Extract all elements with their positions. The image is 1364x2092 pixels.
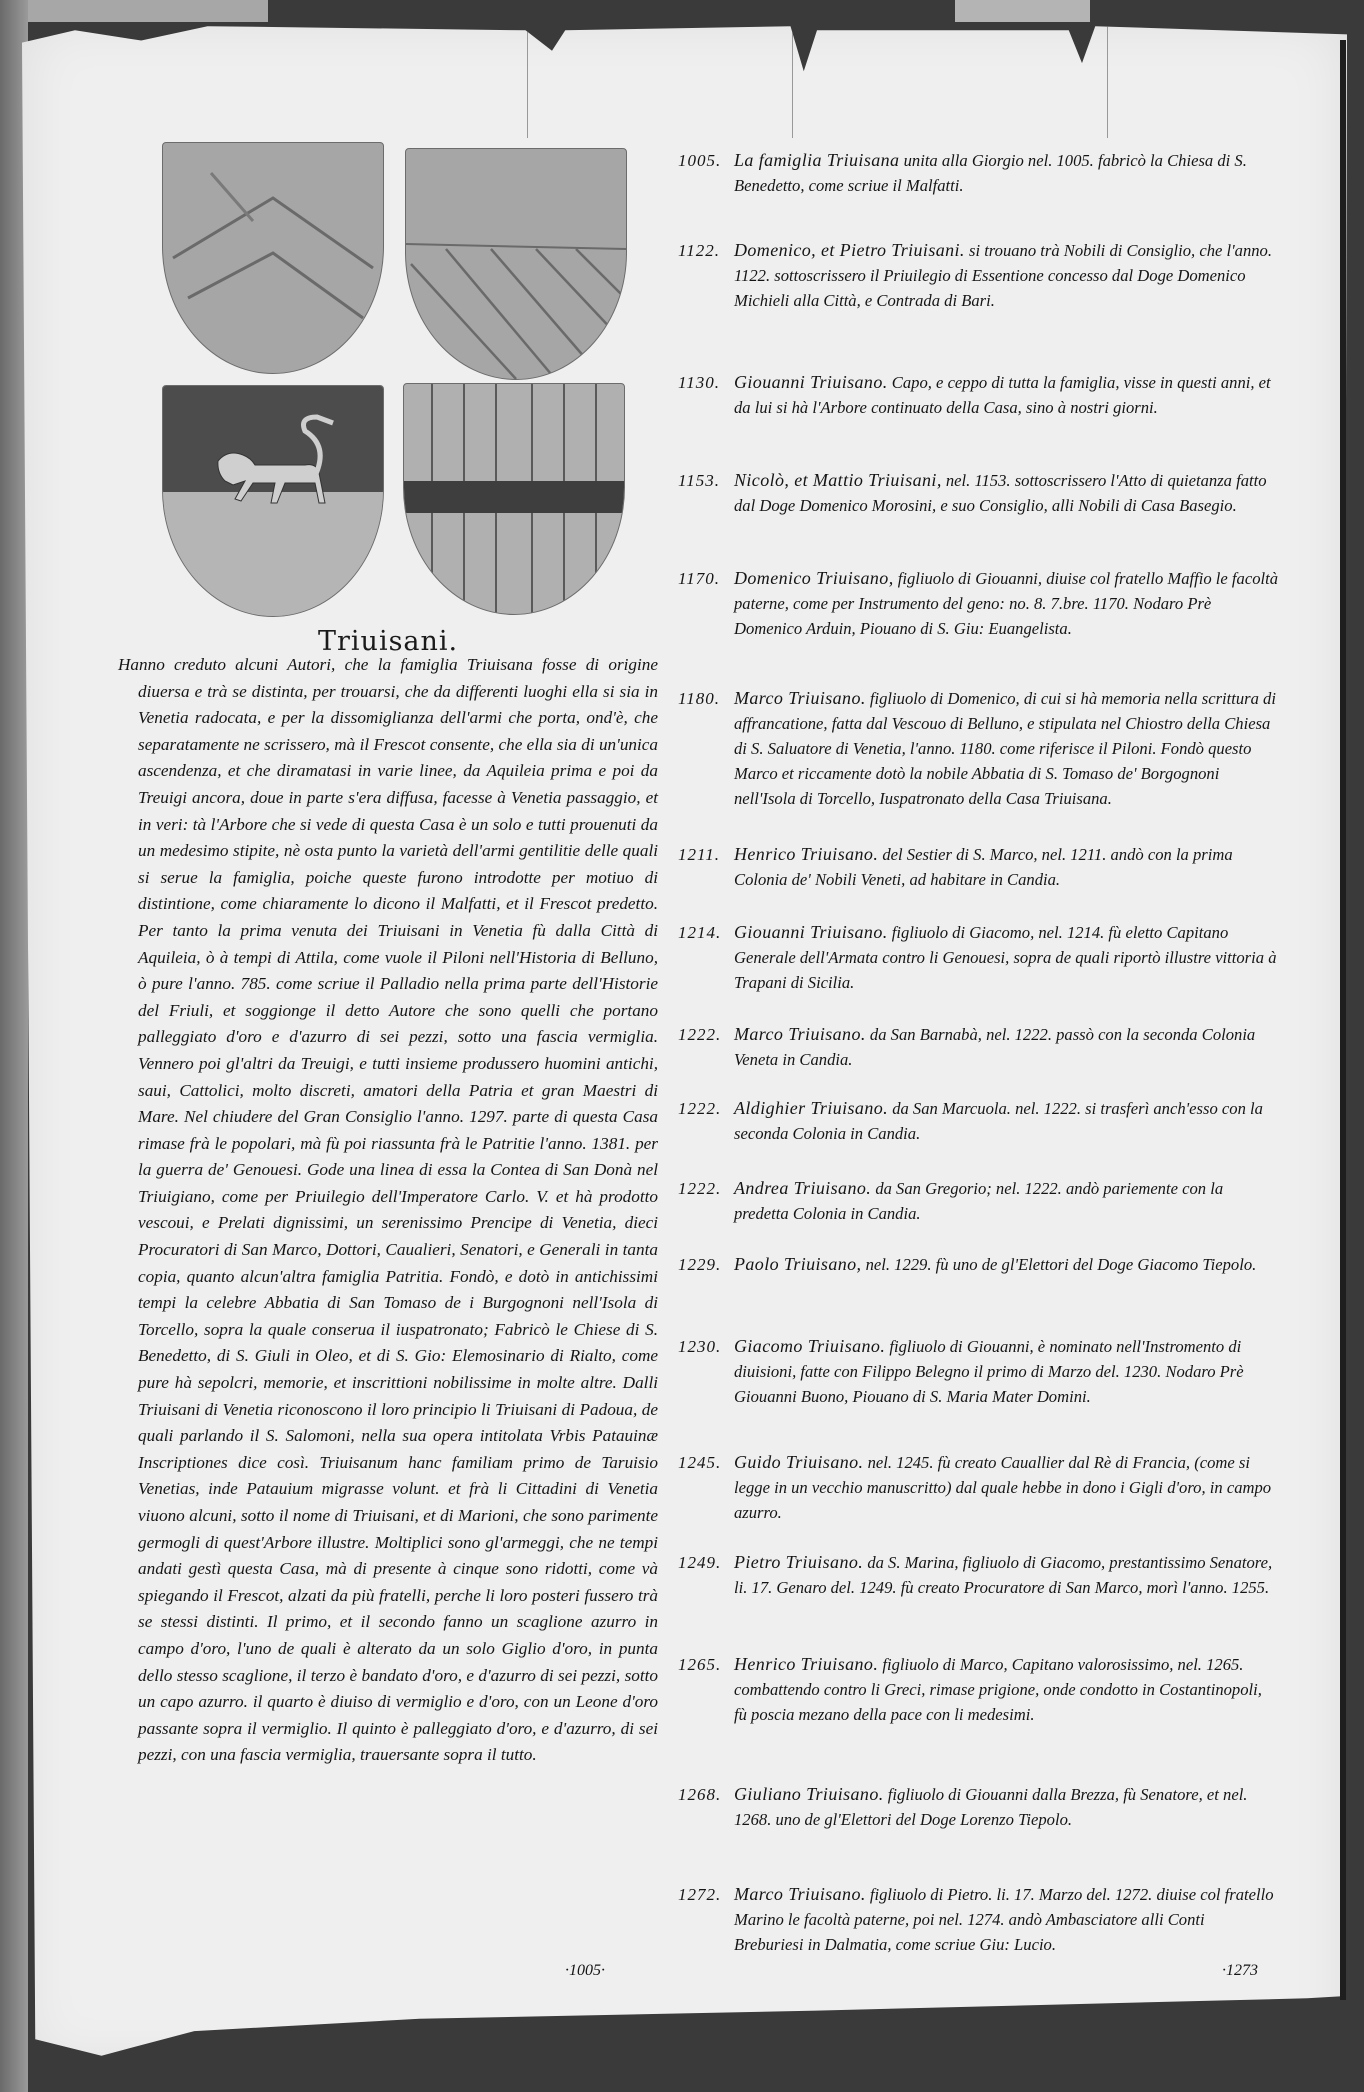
page-crease [1107,18,1108,138]
entry-year: 1245. [678,1450,728,1475]
page-crease [792,18,793,138]
entry-name: Giouanni Triuisano. [734,372,888,392]
entry-name: Andrea Triuisano. [734,1178,871,1198]
entry-year: 1170. [678,566,728,591]
chronicle-entry: 1249. Pietro Triuisano. da S. Marina, fi… [678,1550,1278,1600]
entry-year: 1272. [678,1882,728,1907]
chronicle-entry: 1211. Henrico Triuisano. del Sestier di … [678,842,1278,892]
chronicle-entry: 1268. Giuliano Triuisano. figliuolo di G… [678,1782,1278,1832]
intro-text-column: Hanno creduto alcuni Autori, che la fami… [118,652,658,1769]
chronicle-entry: 1180. Marco Triuisano. figliuolo di Dome… [678,686,1278,811]
intro-paragraph: Hanno creduto alcuni Autori, che la fami… [118,652,658,1769]
entry-name: Marco Triuisano. [734,688,866,708]
entry-year: 1153. [678,468,728,493]
chronicle-entry: 1153. Nicolò, et Mattio Triuisani, nel. … [678,468,1278,518]
entry-year: 1222. [678,1176,728,1201]
entry-name: Domenico, et Pietro Triuisani. [734,240,965,260]
entry-year: 1211. [678,842,728,867]
entry-name: Giacomo Triuisano. [734,1336,885,1356]
entry-year: 1249. [678,1550,728,1575]
chronicle-entry: 1222. Marco Triuisano. da San Barnabà, n… [678,1022,1278,1072]
entry-year: 1214. [678,920,728,945]
chronicle-entry: 1230. Giacomo Triuisano. figliuolo di Gi… [678,1334,1278,1409]
entry-name: Paolo Triuisano, [734,1254,861,1274]
entry-name: Guido Triuisano. [734,1452,863,1472]
entry-year: 1122. [678,238,728,263]
entry-year: 1005. [678,148,728,173]
entry-name: Domenico Triuisano, [734,568,894,588]
coat-of-arms-paly-fess-icon [403,383,625,615]
backing-tab [955,0,1090,22]
chronicle-entry: 1245. Guido Triuisano. nel. 1245. fù cre… [678,1450,1278,1525]
coat-of-arms-lion-icon [162,385,384,617]
chronicle-entry: 1265. Henrico Triuisano. figliuolo di Ma… [678,1652,1278,1727]
entry-year: 1180. [678,686,728,711]
page-edge-shadow [1340,40,1346,2000]
page-crease [527,18,528,138]
entry-year: 1130. [678,370,728,395]
coat-of-arms-bendy-icon [405,148,627,380]
entry-name: Aldighier Triuisano. [734,1098,888,1118]
entry-year: 1268. [678,1782,728,1807]
chronicle-entry: 1130. Giouanni Triuisano. Capo, e ceppo … [678,370,1278,420]
entry-name: Nicolò, et Mattio Triuisani, [734,470,942,490]
coat-of-arms-chevrons-icon [162,142,384,374]
chronicle-entry: 1122. Domenico, et Pietro Triuisani. si … [678,238,1278,313]
entry-year: 1265. [678,1652,728,1677]
entry-year: 1222. [678,1022,728,1047]
chronicle-entry: 1222. Aldighier Triuisano. da San Marcuo… [678,1096,1278,1146]
entry-name: Marco Triuisano. [734,1884,866,1904]
entry-year: 1222. [678,1096,728,1121]
entry-year: 1229. [678,1252,728,1277]
entry-name: Pietro Triuisano. [734,1552,863,1572]
entry-name: Giuliano Triuisano. [734,1784,884,1804]
entry-text: nel. 1229. fù uno de gl'Elettori del Dog… [866,1255,1257,1274]
entry-name: La famiglia Triuisana [734,150,899,170]
entry-name: Henrico Triuisano. [734,844,878,864]
entry-name: Marco Triuisano. [734,1024,866,1044]
chronicle-entry: 1229. Paolo Triuisano, nel. 1229. fù uno… [678,1252,1278,1277]
chronicle-entry: 1170. Domenico Triuisano, figliuolo di G… [678,566,1278,641]
chronicle-entry: 1214. Giouanni Triuisano. figliuolo di G… [678,920,1278,995]
entry-name: Henrico Triuisano. [734,1654,878,1674]
backing-tab [28,0,268,22]
chronicle-entry: 1272. Marco Triuisano. figliuolo di Piet… [678,1882,1278,1957]
entry-name: Giouanni Triuisano. [734,922,888,942]
chronicle-entry: 1222. Andrea Triuisano. da San Gregorio;… [678,1176,1278,1226]
folio-mark-left: ·1005· [565,1962,605,1980]
folio-mark-right: ·1273 [1222,1962,1258,1980]
entry-year: 1230. [678,1334,728,1359]
chronicle-entry: 1005. La famiglia Triuisana unita alla G… [678,148,1278,198]
